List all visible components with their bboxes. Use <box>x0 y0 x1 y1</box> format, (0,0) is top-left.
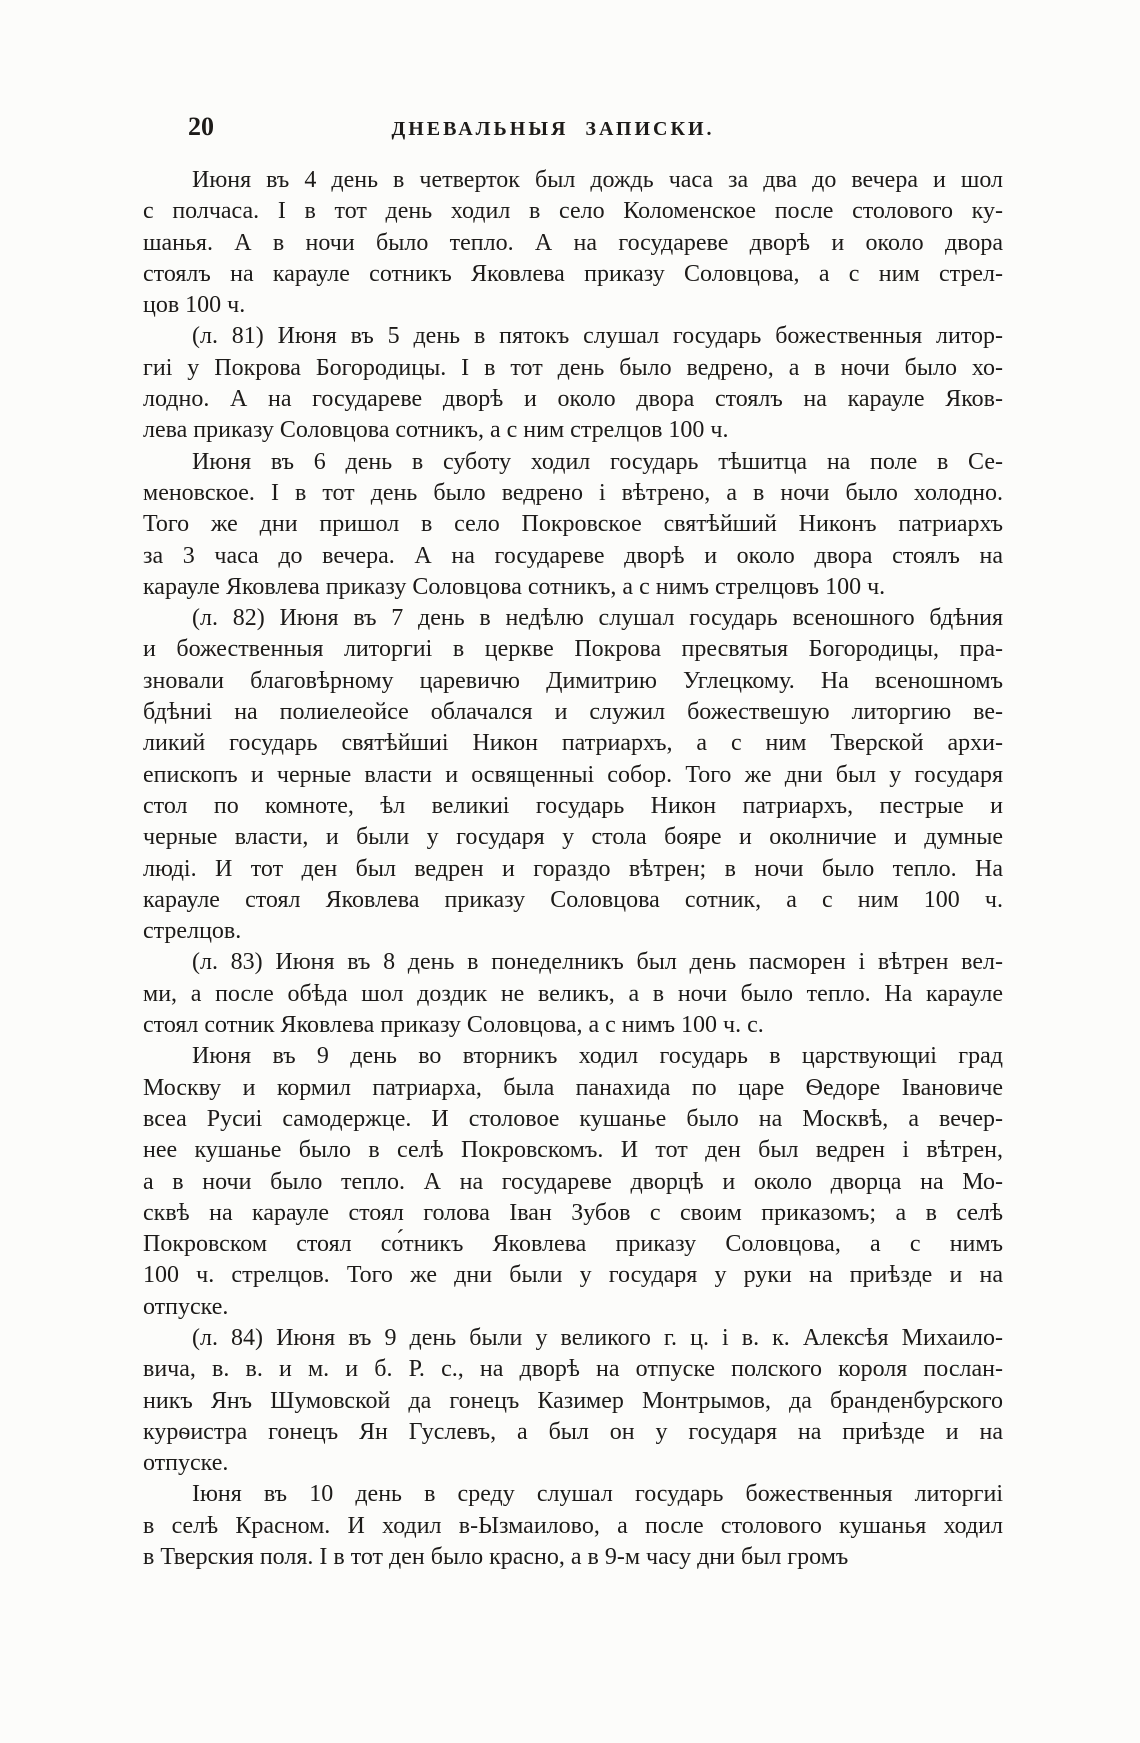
text-line: с полчаса. І в тот день ходил в село Кол… <box>143 196 1003 227</box>
text-line: люді. И тот ден был ведрен и гораздо вѣт… <box>143 854 1003 885</box>
text-line: вича, в. в. и м. и б. Р. с., на дворѣ на… <box>143 1354 1003 1385</box>
paragraph: Июня въ 4 день в четверток был дождь час… <box>143 165 1003 321</box>
text-line: лодно. А на государеве дворѣ и около дво… <box>143 384 1003 415</box>
text-line: отпуске. <box>143 1292 1003 1323</box>
text-line: стоял сотник Яковлева приказу Соловцова,… <box>143 1010 1003 1041</box>
text-line: за 3 часа до вечера. А на государеве дво… <box>143 541 1003 572</box>
text-line: стрелцов. <box>143 916 1003 947</box>
text-line: шанья. А в ночи было тепло. А на государ… <box>143 228 1003 259</box>
text-line: карауле стоял Яковлева приказу Соловцова… <box>143 885 1003 916</box>
running-head: 20 ДНЕВАЛЬНЫЯ ЗАПИСКИ. <box>143 112 1003 146</box>
paragraph: Іюня въ 10 день в среду слушал государь … <box>143 1479 1003 1573</box>
text-line: всеа Русиі самодержце. И столовое кушань… <box>143 1104 1003 1135</box>
text-line: (л. 81) Июня въ 5 день в пятокъ слушал г… <box>143 321 1003 352</box>
paragraph: (л. 82) Июня въ 7 день в недѣлю слушал г… <box>143 603 1003 947</box>
text-line: (л. 83) Июня въ 8 день в понеделникъ был… <box>143 947 1003 978</box>
text-line: в селѣ Красном. И ходил в-Ызмаилово, а п… <box>143 1511 1003 1542</box>
text-line: курѳистра гонецъ Ян Гуслевъ, а был он у … <box>143 1417 1003 1448</box>
text-line: ликий государь святѣйшиі Никон патриархъ… <box>143 728 1003 759</box>
text-line: лева приказу Соловцова сотникъ, а с ним … <box>143 415 1003 446</box>
text-line: а в ночи было тепло. А на государеве дво… <box>143 1167 1003 1198</box>
text-line: сквѣ на карауле стоял голова Іван Зубов … <box>143 1198 1003 1229</box>
paragraph: (л. 84) Июня въ 9 день были у великого г… <box>143 1323 1003 1479</box>
text-line: епископъ и черные власти и освященныі со… <box>143 760 1003 791</box>
paragraph: Июня въ 6 день в суботу ходил государь т… <box>143 447 1003 603</box>
text-line: ми, а после обѣда шол доздик не великъ, … <box>143 979 1003 1010</box>
text-line: цов 100 ч. <box>143 290 1003 321</box>
text-line: Июня въ 6 день в суботу ходил государь т… <box>143 447 1003 478</box>
text-line: никъ Янъ Шумовской да гонецъ Казимер Мон… <box>143 1386 1003 1417</box>
text-line: в Тверския поля. І в тот ден было красно… <box>143 1542 1003 1573</box>
page-header-title: ДНЕВАЛЬНЫЯ ЗАПИСКИ. <box>143 116 963 142</box>
text-line: Іюня въ 10 день в среду слушал государь … <box>143 1479 1003 1510</box>
text-line: стол по комноте, ѣл великиі государь Ник… <box>143 791 1003 822</box>
text-line: (л. 84) Июня въ 9 день были у великого г… <box>143 1323 1003 1354</box>
text-line: бдѣниі на полиелеойсе облачался и служил… <box>143 697 1003 728</box>
text-line: карауле Яковлева приказу Соловцова сотни… <box>143 572 1003 603</box>
book-page: 20 ДНЕВАЛЬНЫЯ ЗАПИСКИ. Июня въ 4 день в … <box>0 0 1140 1743</box>
text-line: Июня въ 9 день во вторникъ ходил государ… <box>143 1041 1003 1072</box>
text-line: нее кушанье было в селѣ Покровскомъ. И т… <box>143 1135 1003 1166</box>
paragraph: (л. 83) Июня въ 8 день в понеделникъ был… <box>143 947 1003 1041</box>
text-line: меновское. І в тот день было ведрено і в… <box>143 478 1003 509</box>
text-line: Москву и кормил патриарха, была панахида… <box>143 1073 1003 1104</box>
text-line: Того же дни пришол в село Покровское свя… <box>143 509 1003 540</box>
text-line: Покровском стоял со́тникъ Яковлева прика… <box>143 1229 1003 1260</box>
text-line: Июня въ 4 день в четверток был дождь час… <box>143 165 1003 196</box>
text-line: стоялъ на карауле сотникъ Яковлева прика… <box>143 259 1003 290</box>
text-block: Июня въ 4 день в четверток был дождь час… <box>143 165 1003 1573</box>
text-line: и божественныя литоргиі в церкве Покрова… <box>143 634 1003 665</box>
text-line: черные власти, и были у государя у стола… <box>143 822 1003 853</box>
text-line: 100 ч. стрелцов. Того же дни были у госу… <box>143 1260 1003 1291</box>
text-line: отпуске. <box>143 1448 1003 1479</box>
paragraph: (л. 81) Июня въ 5 день в пятокъ слушал г… <box>143 321 1003 446</box>
paragraph: Июня въ 9 день во вторникъ ходил государ… <box>143 1041 1003 1323</box>
text-line: (л. 82) Июня въ 7 день в недѣлю слушал г… <box>143 603 1003 634</box>
text-line: зновали благовѣрному царевичю Димитрию У… <box>143 666 1003 697</box>
text-line: гиі у Покрова Богородицы. І в тот день б… <box>143 353 1003 384</box>
